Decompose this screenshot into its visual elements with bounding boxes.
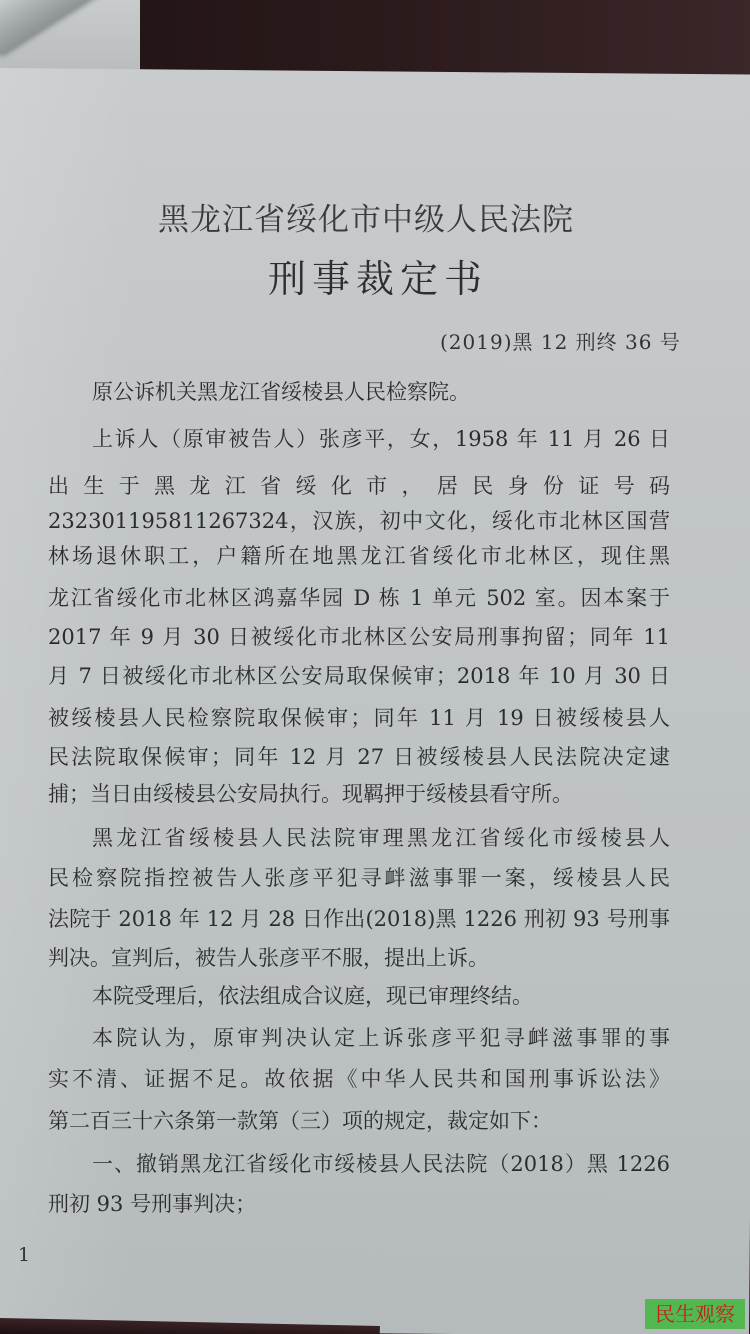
document-line: 民法院取保候审；同年 12 月 27 日被绥棱县人民法院决定逮 bbox=[48, 741, 670, 771]
document-line: 月 7 日被绥化市北林区公安局取保候审；2018 年 10 月 30 日 bbox=[48, 660, 670, 690]
document-title: 刑事裁定书 bbox=[268, 248, 488, 303]
document-line: 实不清、证据不足。故依据《中华人民共和国刑事诉讼法》 bbox=[48, 1063, 670, 1093]
document-line: 第二百三十六条第一款第（三）项的规定，裁定如下： bbox=[48, 1105, 670, 1135]
page-number: 1 bbox=[18, 1244, 30, 1266]
document-line: 232301195811267324，汉族，初中文化，绥化市北林区国营 bbox=[48, 505, 670, 535]
document-line: 一、撤销黑龙江省绥化市绥棱县人民法院（2018）黑 1226 bbox=[92, 1148, 670, 1178]
document-line: 本院认为，原审判决认定上诉张彦平犯寻衅滋事罪的事 bbox=[92, 1022, 670, 1052]
document-line: 被绥棱县人民检察院取保候审；同年 11 月 19 日被绥棱县人 bbox=[48, 702, 670, 732]
document-line: 本院受理后，依法组成合议庭，现已审理终结。 bbox=[92, 980, 670, 1010]
document-line: 原公诉机关黑龙江省绥棱县人民检察院。 bbox=[92, 376, 670, 406]
watermark-badge: 民生观察 bbox=[645, 1299, 745, 1329]
document-line: 捕；当日由绥棱县公安局执行。现羁押于绥棱县看守所。 bbox=[48, 778, 670, 808]
court-name: 黑龙江省绥化市中级人民法院 bbox=[158, 194, 574, 239]
document-line: 林场退休职工，户籍所在地黑龙江省绥化市北林区，现住黑 bbox=[48, 540, 670, 570]
paper-shading bbox=[0, 68, 140, 1331]
document-line: 出 生 于 黑 龙 江 省 绥 化 市 ， 居 民 身 份 证 号 码 bbox=[48, 470, 670, 500]
document-line: 法院于 2018 年 12 月 28 日作出(2018)黑 1226 刑初 93… bbox=[48, 903, 670, 933]
document-line: 黑龙江省绥棱县人民法院审理黑龙江省绥化市绥棱县人 bbox=[92, 822, 670, 852]
case-number: (2019)黑 12 刑终 36 号 bbox=[440, 326, 681, 355]
document-line: 龙江省绥化市北林区鸿嘉华园 D 栋 1 单元 502 室。因本案于 bbox=[48, 582, 670, 612]
document-line: 2017 年 9 月 30 日被绥化市北林区公安局刑事拘留；同年 11 bbox=[48, 621, 670, 651]
document-line: 刑初 93 号刑事判决； bbox=[48, 1188, 670, 1218]
document-line: 判决。宣判后，被告人张彦平不服，提出上诉。 bbox=[48, 942, 670, 972]
document-line: 民检察院指控被告人张彦平犯寻衅滋事罪一案，绥棱县人民 bbox=[48, 862, 670, 892]
document-line: 上诉人（原审被告人）张彦平，女，1958 年 11 月 26 日 bbox=[92, 423, 670, 453]
